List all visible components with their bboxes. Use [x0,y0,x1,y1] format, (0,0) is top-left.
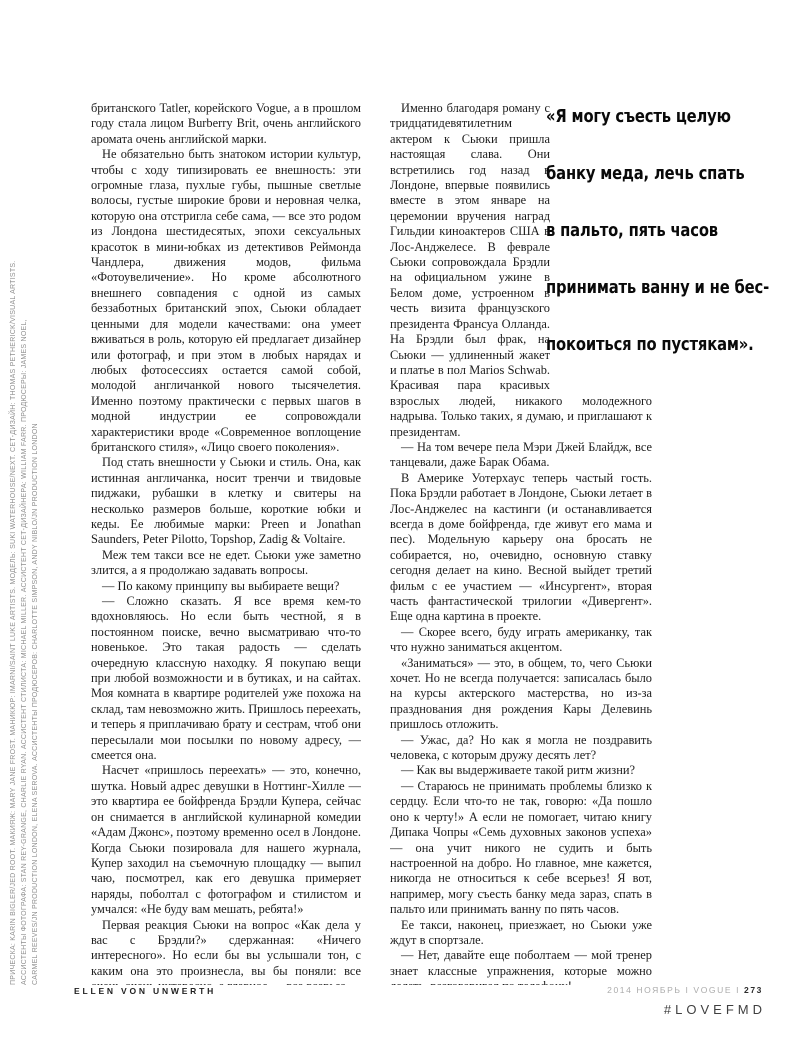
paragraph: — Ужас, да? Но как я могла не поздравить… [390,733,652,764]
pull-quote-line: в пальто, пять часов [546,202,754,259]
paragraph: Первая реакция Сьюки на вопрос «Как дела… [91,918,361,985]
paragraph: Ее такси, наконец, приезжает, но Сьюки у… [390,918,652,949]
page-number: 273 [744,985,763,995]
paragraph: Не обязательно быть знатоком истории кул… [91,147,361,455]
credit-line: CARMEL REEVES/JN PRODUCTION LONDON, ELEN… [30,279,41,985]
paragraph: «Заниматься» — это, в общем, то, чего Сь… [390,656,652,733]
credit-line: АССИСТЕНТЫ ФОТОГРАФА: STAN REY-GRANGE, C… [19,279,30,985]
paragraph: — На том вечере пела Мэри Джей Блайдж, в… [390,440,652,471]
issue-info: 2014 НОЯБРЬ I VOGUE I 273 [607,985,763,995]
paragraph: — Стараюсь не принимать проблемы близко … [390,779,652,918]
paragraph: — Как вы выдерживаете такой ритм жизни? [390,763,652,778]
article-column-left: британского Tatler, корейского Vogue, а … [91,101,361,985]
issue-text: 2014 НОЯБРЬ I VOGUE I [607,985,744,995]
pull-quote-line: банку меда, лечь спать [546,145,754,202]
pull-quote-line: «Я могу съесть целую [546,88,754,145]
paragraph: Под стать внешности у Сьюки и стиль. Она… [91,455,361,547]
photographer-credit: ELLEN VON UNWERTH [74,986,216,996]
pull-quote-line: покоиться по пустякам». [546,316,754,373]
credit-line: ПРИЧЕСКА: KARIN BIGLER/JED ROOT. МАКИЯЖ:… [8,279,19,985]
paragraph: Насчет «пришлось переехать» — это, конеч… [91,763,361,917]
paragraph: британского Tatler, корейского Vogue, а … [91,101,361,147]
paragraph: — Сложно сказать. Я все время кем-то вдо… [91,594,361,763]
paragraph: В Америке Уотерхаус теперь частый гость.… [390,471,652,625]
paragraph: — Нет, давайте еще поболтаем — мой трене… [390,948,652,985]
paragraph: — Скорее всего, буду играть американку, … [390,625,652,656]
watermark-hashtag: #LOVEFMD [664,1002,766,1017]
paragraph: — По какому принципу вы выбираете вещи? [91,579,361,594]
credits-sidebar: ПРИЧЕСКА: KARIN BIGLER/JED ROOT. МАКИЯЖ:… [8,279,41,985]
magazine-page: британского Tatler, корейского Vogue, а … [0,0,800,1037]
pull-quote-line: принимать ванну и не бес- [546,259,754,316]
pull-quote: «Я могу съесть целуюбанку меда, лечь спа… [546,88,800,373]
paragraph: Меж тем такси все не едет. Сьюки уже зам… [91,548,361,579]
